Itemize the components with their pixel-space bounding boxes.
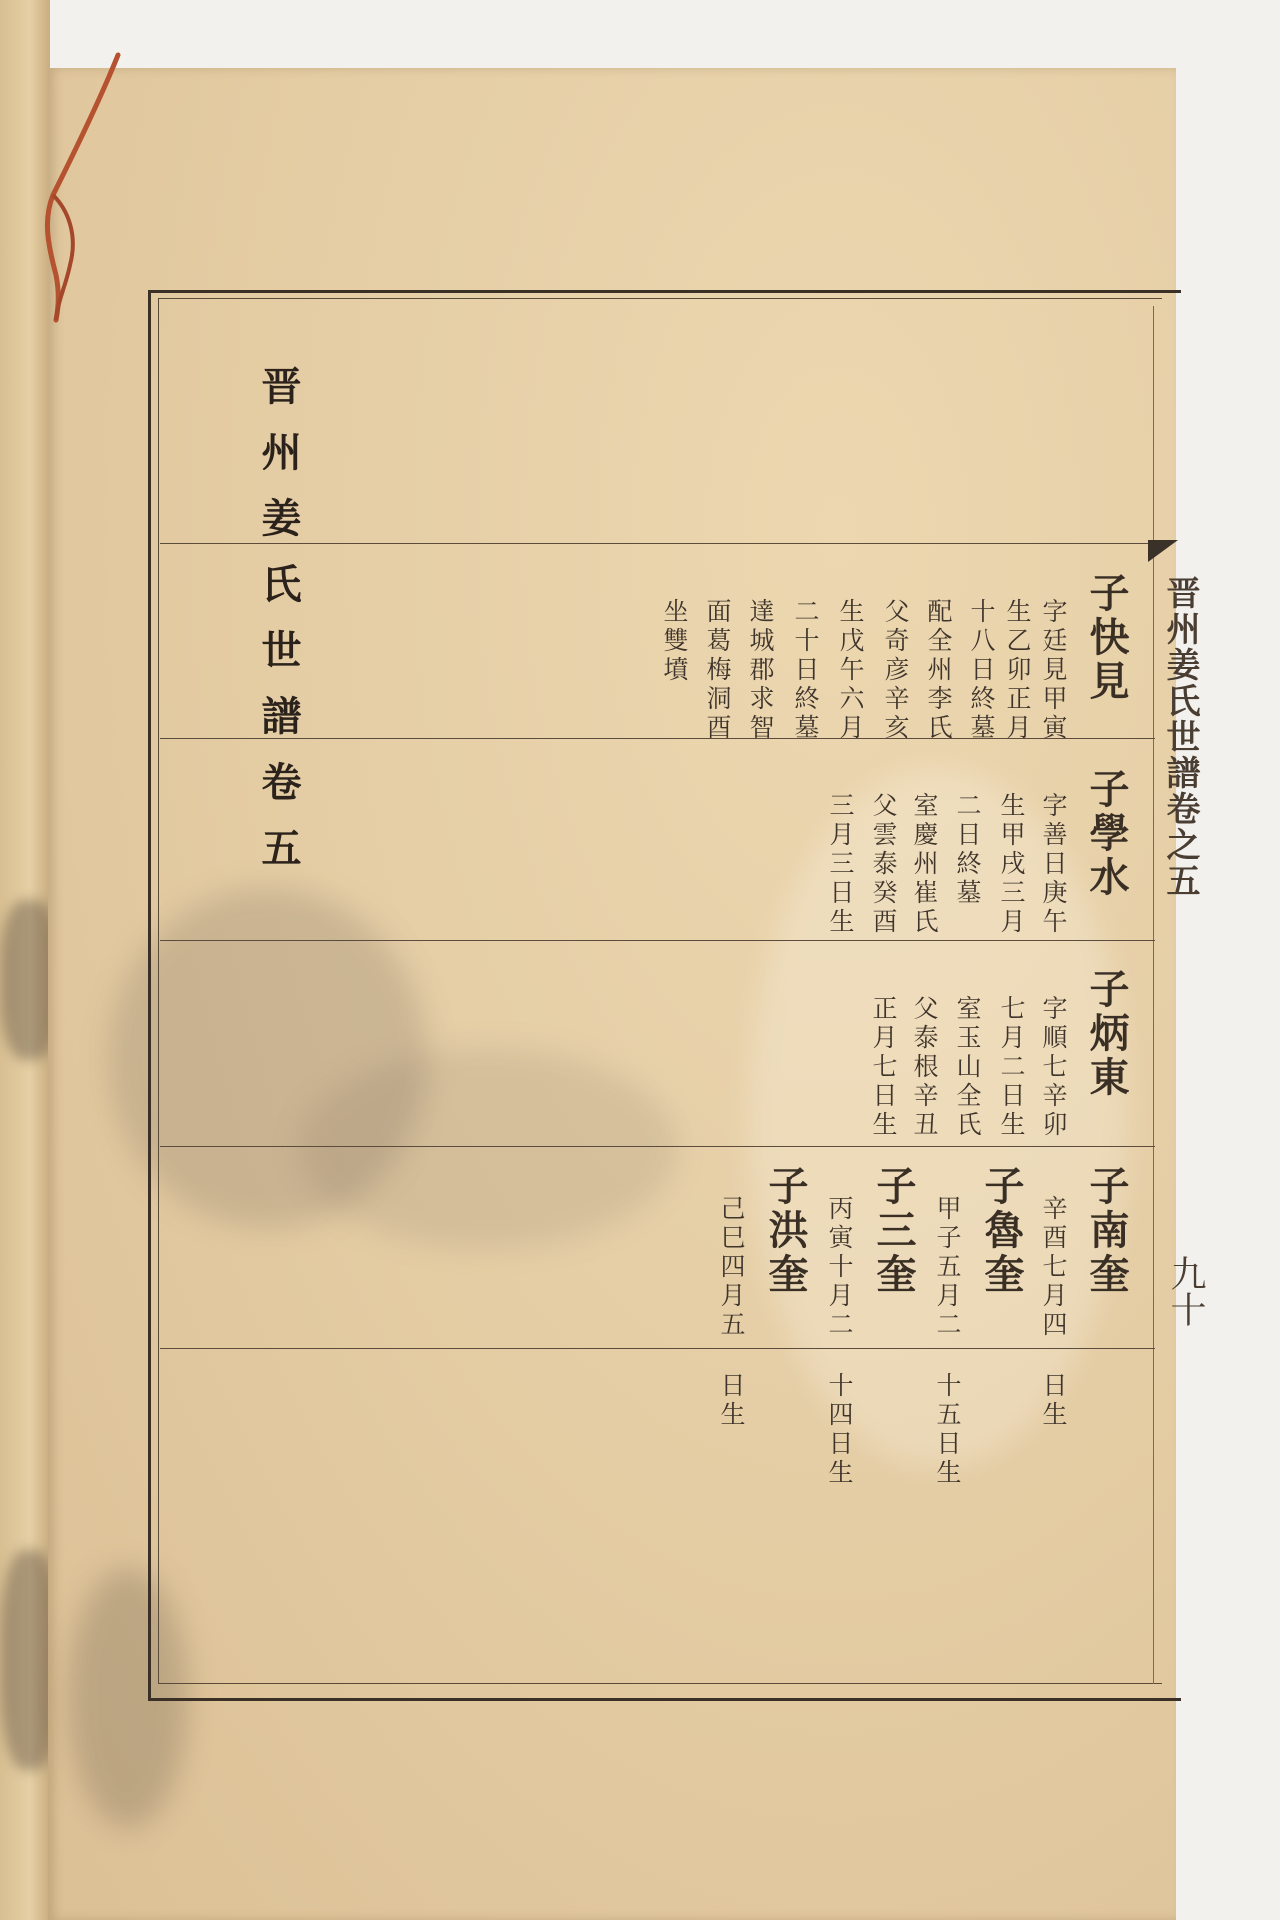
binding-thread-icon	[28, 45, 128, 325]
row-divider	[160, 1146, 1155, 1147]
entry-line: 室玉山全氏	[950, 995, 984, 1140]
entry-line: 己巳四月五	[714, 1195, 748, 1340]
gutter-book-title: 晋州姜氏世譜卷之五	[1156, 575, 1205, 899]
entry-line: 字善日庚午	[1036, 792, 1070, 937]
margin-book-title: 晋州姜氏世譜卷五	[252, 365, 304, 893]
entry-name: 子南奎	[1083, 1165, 1129, 1297]
entry-line: 辛酉七月四	[1036, 1195, 1070, 1340]
entry-line: 二日終墓	[950, 792, 984, 908]
entry-line: 日生	[1036, 1372, 1070, 1430]
entry-name: 子洪奎	[762, 1165, 808, 1297]
entry-line: 生甲戌三月	[994, 792, 1028, 937]
entry-line: 三月三日生	[823, 792, 857, 937]
entry-line: 生戊午六月	[833, 598, 867, 743]
entry-line: 配全州李氏	[921, 598, 955, 743]
entry-name: 子魯奎	[978, 1165, 1024, 1297]
fish-tail-mark-icon	[1148, 540, 1178, 562]
row-divider	[160, 543, 1155, 544]
entry-line: 七月二日生	[994, 995, 1028, 1140]
entry-line: 面葛梅洞酉	[700, 598, 734, 743]
entry-name: 子快見	[1083, 572, 1129, 704]
entry-line: 室慶州崔氏	[907, 792, 941, 937]
entry-line: 十八日終墓	[964, 598, 998, 743]
entry-line: 日生	[714, 1372, 748, 1430]
entry-line: 十四日生	[822, 1372, 856, 1488]
entry-line: 十五日生	[930, 1372, 964, 1488]
entry-line: 父泰根辛丑	[907, 995, 941, 1140]
entry-line: 正月七日生	[866, 995, 900, 1140]
entry-line: 甲子五月二	[930, 1195, 964, 1340]
entry-line: 坐雙墳	[657, 598, 691, 685]
entry-line: 父奇彦辛亥	[878, 598, 912, 743]
entry-name: 子學水	[1083, 768, 1129, 900]
entry-line: 字順七辛卯	[1036, 995, 1070, 1140]
page-border-inner	[158, 298, 1162, 1684]
entry-name: 子三奎	[870, 1165, 916, 1297]
entry-line: 丙寅十月二	[822, 1195, 856, 1340]
entry-line: 二十日終墓	[788, 598, 822, 743]
entry-line: 達城郡求智	[743, 598, 777, 743]
row-divider	[160, 940, 1155, 941]
entry-line: 生乙卯正月	[1000, 598, 1034, 743]
page-number: 九十	[1160, 1255, 1211, 1327]
entry-name: 子炳東	[1083, 968, 1129, 1100]
entry-line: 字廷見甲寅	[1036, 598, 1070, 743]
entry-line: 父雲泰癸酉	[866, 792, 900, 937]
row-divider	[160, 1348, 1155, 1349]
gutter-divider	[1153, 306, 1154, 1684]
